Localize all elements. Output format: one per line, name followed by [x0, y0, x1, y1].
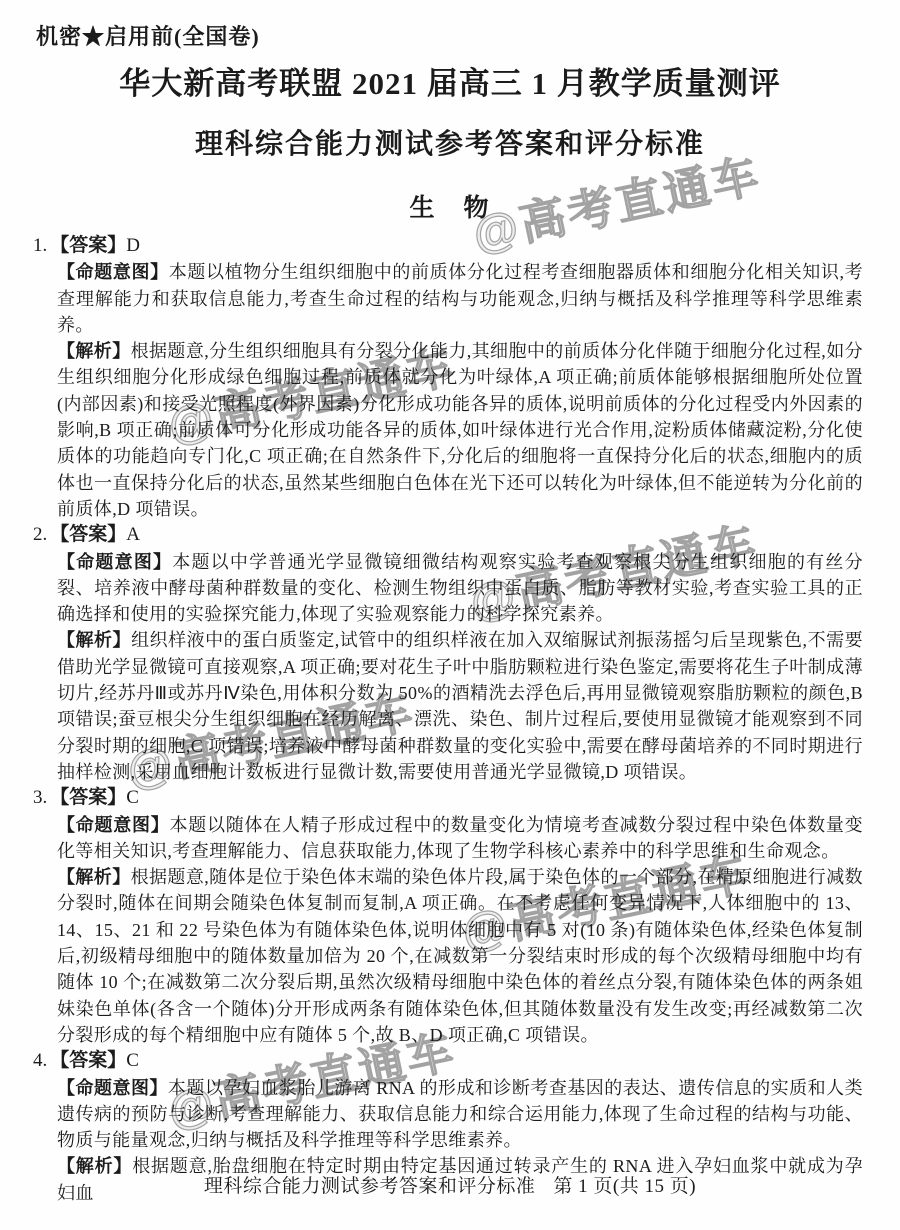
intent-section: 【命题意图】本题以中学普通光学显微镜细微结构观察实验考查观察根尖分生组织细胞的有…	[57, 549, 863, 628]
answer-label: 【答案】	[50, 235, 126, 256]
question-number: 3.	[33, 787, 47, 808]
analysis-section: 【解析】根据题意,分生组织细胞具有分裂分化能力,其细胞中的前质体分化伴随于细胞分…	[57, 338, 863, 522]
answer-value: C	[126, 1050, 139, 1071]
page-content: 机密★启用前(全国卷) 华大新高考联盟 2021 届高三 1 月教学质量测评 理…	[0, 0, 900, 1230]
footer-page-number: 第 1 页(共 15 页)	[553, 1176, 696, 1197]
answer-line: 2.【答案】A	[33, 522, 866, 548]
question-number: 4.	[33, 1050, 47, 1071]
questions-list: 1.【答案】D 【命题意图】本题以植物分生组织细胞中的前质体分化过程考查细胞器质…	[0, 233, 866, 1206]
analysis-text: 组织样液中的蛋白质鉴定,试管中的组织样液在加入双缩脲试剂振荡摇匀后呈现紫色,不需…	[57, 630, 863, 781]
answer-line: 1.【答案】D	[33, 233, 866, 259]
intent-section: 【命题意图】本题以随体在人精子形成过程中的数量变化为情境考查减数分裂过程中染色体…	[57, 812, 863, 865]
intent-section: 【命题意图】本题以植物分生组织细胞中的前质体分化过程考查细胞器质体和细胞分化相关…	[57, 259, 863, 338]
subject-heading: 生 物	[0, 188, 900, 224]
intent-label: 【命题意图】	[57, 1078, 168, 1098]
answer-line: 3.【答案】C	[33, 785, 866, 811]
answer-label: 【答案】	[50, 1050, 126, 1071]
answer-value: C	[126, 787, 139, 808]
question-block: 3.【答案】C 【命题意图】本题以随体在人精子形成过程中的数量变化为情境考查减数…	[0, 785, 866, 1048]
intent-text: 本题以随体在人精子形成过程中的数量变化为情境考查减数分裂过程中染色体数量变化等相…	[57, 815, 863, 861]
footer-doc-title: 理科综合能力测试参考答案和评分标准	[204, 1176, 536, 1197]
intent-label: 【命题意图】	[57, 262, 169, 282]
question-block: 2.【答案】A 【命题意图】本题以中学普通光学显微镜细微结构观察实验考查观察根尖…	[0, 522, 866, 785]
analysis-label: 【解析】	[57, 630, 131, 650]
analysis-text: 根据题意,分生组织细胞具有分裂分化能力,其细胞中的前质体分化伴随于细胞分化过程,…	[57, 341, 863, 519]
intent-section: 【命题意图】本题以孕妇血浆胎儿游离 RNA 的形成和诊断考查基因的表达、遗传信息…	[57, 1075, 863, 1154]
analysis-label: 【解析】	[57, 867, 131, 887]
analysis-label: 【解析】	[57, 341, 131, 361]
answers-title: 理科综合能力测试参考答案和评分标准	[0, 122, 900, 162]
scanned-answer-sheet-page: @高考直通车@高考直通车@高考直通车@高考直通车@高考直通车@高考直通车 机密★…	[0, 0, 900, 1230]
page-footer: 理科综合能力测试参考答案和评分标准第 1 页(共 15 页)	[0, 1171, 900, 1198]
intent-label: 【命题意图】	[57, 552, 172, 572]
analysis-section: 【解析】根据题意,随体是位于染色体末端的染色体片段,属于染色体的一个部分,在精原…	[57, 864, 863, 1048]
answer-label: 【答案】	[50, 787, 126, 808]
intent-text: 本题以中学普通光学显微镜细微结构观察实验考查观察根尖分生组织细胞的有丝分裂、培养…	[57, 552, 863, 625]
question-number: 2.	[33, 524, 47, 545]
question-number: 1.	[33, 235, 47, 256]
analysis-text: 根据题意,随体是位于染色体末端的染色体片段,属于染色体的一个部分,在精原细胞进行…	[57, 867, 863, 1045]
analysis-section: 【解析】组织样液中的蛋白质鉴定,试管中的组织样液在加入双缩脲试剂振荡摇匀后呈现紫…	[57, 627, 863, 785]
confidential-label: 机密★启用前(全国卷)	[36, 20, 260, 51]
answer-value: D	[126, 235, 140, 256]
intent-label: 【命题意图】	[57, 815, 170, 835]
question-block: 1.【答案】D 【命题意图】本题以植物分生组织细胞中的前质体分化过程考查细胞器质…	[0, 233, 866, 522]
intent-text: 本题以植物分生组织细胞中的前质体分化过程考查细胞器质体和细胞分化相关知识,考查理…	[57, 262, 863, 335]
answer-label: 【答案】	[50, 524, 126, 545]
exam-title: 华大新高考联盟 2021 届高三 1 月教学质量测评	[0, 58, 900, 103]
answer-line: 4.【答案】C	[33, 1048, 866, 1074]
answer-value: A	[126, 524, 140, 545]
intent-text: 本题以孕妇血浆胎儿游离 RNA 的形成和诊断考查基因的表达、遗传信息的实质和人类…	[57, 1078, 863, 1151]
